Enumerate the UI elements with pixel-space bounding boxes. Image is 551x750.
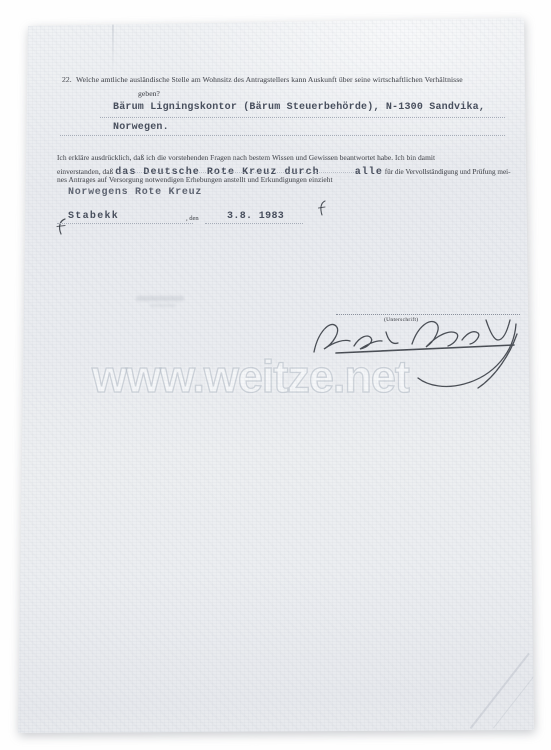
den-label: , den bbox=[186, 215, 199, 222]
declaration-line2-printed-end: für die Vervollständigung und Prüfung me… bbox=[383, 168, 511, 176]
date-rule bbox=[205, 223, 303, 224]
answer-line1: Bärum Ligningskontor (Bärum Steuerbehörd… bbox=[113, 102, 485, 113]
bleed-through-mark-2 bbox=[150, 304, 176, 307]
answer-line2: Norwegen. bbox=[113, 122, 169, 133]
date-value: 3.8. 1983 bbox=[227, 211, 284, 222]
place-value: Stabekk bbox=[68, 211, 119, 222]
fold-crease-top bbox=[112, 24, 114, 72]
paper-sheet: 22. Welche amtliche ausländische Stelle … bbox=[0, 0, 551, 750]
question-text-line2: geben? bbox=[138, 89, 160, 98]
crease-bottom-right-2 bbox=[493, 673, 537, 729]
declaration-line2-typed-insert: alle bbox=[355, 167, 383, 178]
answer-rule-1 bbox=[100, 117, 505, 118]
place-rule bbox=[57, 223, 193, 224]
watermark-text: www.weitze.net bbox=[92, 351, 409, 403]
paper-shadow: 22. Welche amtliche ausländische Stelle … bbox=[0, 0, 551, 750]
document-photo: 22. Welche amtliche ausländische Stelle … bbox=[0, 0, 551, 750]
question-number: 22. bbox=[62, 75, 72, 84]
question-text-line1: Welche amtliche ausländische Stelle am W… bbox=[76, 75, 463, 84]
answer-rule-2 bbox=[60, 135, 505, 136]
crease-bottom-right-1 bbox=[470, 653, 530, 729]
typed-insertion-text: Norwegens Rote Kreuz bbox=[68, 187, 202, 198]
declaration-fill-rule bbox=[115, 172, 358, 173]
bleed-through-mark-1 bbox=[136, 296, 184, 301]
declaration-line3: nes Antrages auf Versorgung notwendigen … bbox=[57, 175, 333, 184]
